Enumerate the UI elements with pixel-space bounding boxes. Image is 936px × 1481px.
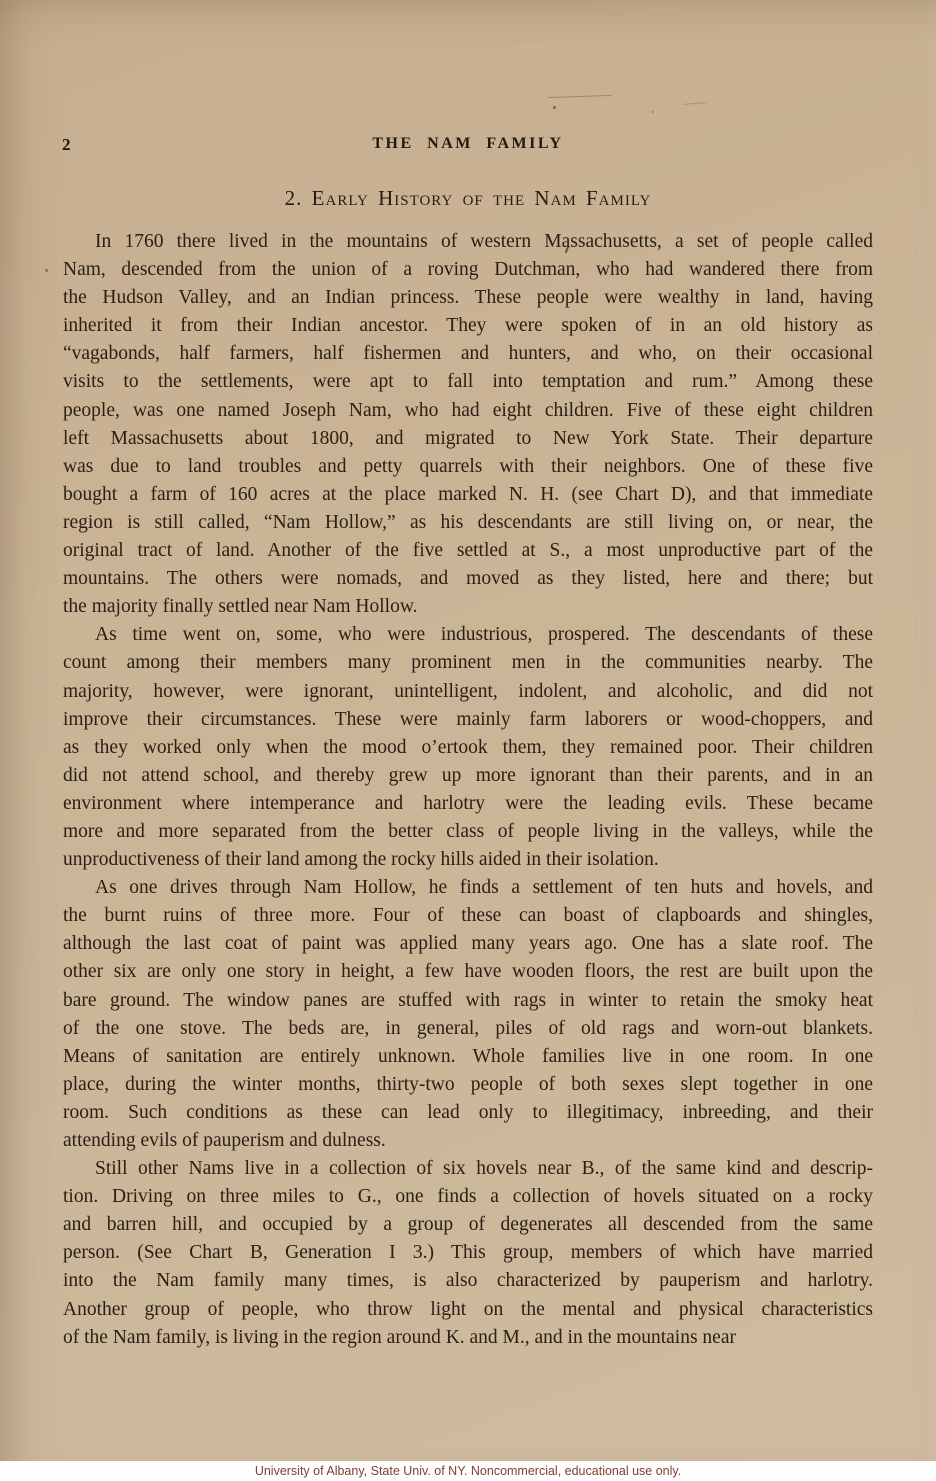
text-line: Another group of people, who throw light…	[63, 1296, 873, 1324]
text-line: the burnt ruins of three more. Four of t…	[63, 902, 873, 930]
text-line: bare ground. The window panes are stuffe…	[63, 987, 873, 1015]
text-line: Still other Nams live in a collection of…	[63, 1155, 873, 1183]
text-line: inherited it from their Indian ancestor.…	[63, 312, 873, 340]
paragraph: As one drives through Nam Hollow, he fin…	[63, 874, 873, 1155]
text-line: more and more separated from the better …	[63, 818, 873, 846]
text-line: of the one stove. The beds are, in gener…	[63, 1015, 873, 1043]
text-line: room. Such conditions as these can lead …	[63, 1099, 873, 1127]
text-line: although the last coat of paint was appl…	[63, 930, 873, 958]
text-line: majority, however, were ignorant, uninte…	[63, 678, 873, 706]
text-line: improve their circumstances. These were …	[63, 706, 873, 734]
ink-speck	[553, 106, 556, 109]
text-line: person. (See Chart B, Generation I 3.) T…	[63, 1239, 873, 1267]
section-heading: 2. Early History of the Nam Family	[0, 186, 936, 211]
text-line: other six are only one story in height, …	[63, 958, 873, 986]
footer-credit: University of Albany, State Univ. of NY.…	[255, 1464, 681, 1478]
text-line: As one drives through Nam Hollow, he fin…	[63, 874, 873, 902]
text-line: In 1760 there lived in the mountains of …	[63, 228, 873, 256]
text-line: “vagabonds, half farmers, half fishermen…	[63, 340, 873, 368]
text-line: the Hudson Valley, and an Indian princes…	[63, 284, 873, 312]
text-line: as they worked only when the mood o’erto…	[63, 734, 873, 762]
text-line: place, during the winter months, thirty-…	[63, 1071, 873, 1099]
text-line: mountains. The others were nomads, and m…	[63, 565, 873, 593]
text-line: into the Nam family many times, is also …	[63, 1267, 873, 1295]
text-line: left Massachusetts about 1800, and migra…	[63, 425, 873, 453]
text-line: of the Nam family, is living in the regi…	[63, 1324, 873, 1352]
body-text: In 1760 there lived in the mountains of …	[63, 228, 873, 1352]
text-line: did not attend school, and thereby grew …	[63, 762, 873, 790]
ink-speck	[652, 111, 654, 113]
text-line: and barren hill, and occupied by a group…	[63, 1211, 873, 1239]
footer-credit-bar: University of Albany, State Univ. of NY.…	[0, 1461, 936, 1481]
text-line: original tract of land. Another of the f…	[63, 537, 873, 565]
text-line: count among their members many prominent…	[63, 649, 873, 677]
running-title: THE NAM FAMILY	[0, 135, 936, 153]
text-line: As time went on, some, who were industri…	[63, 621, 873, 649]
text-line: environment where intemperance and harlo…	[63, 790, 873, 818]
text-line: Nam, descended from the union of a rovin…	[63, 256, 873, 284]
pencil-mark	[683, 102, 707, 105]
paragraph: Still other Nams live in a collection of…	[63, 1155, 873, 1352]
margin-speck	[45, 269, 48, 272]
text-line: region is still called, “Nam Hollow,” as…	[63, 509, 873, 537]
text-line: bought a farm of 160 acres at the place …	[63, 481, 873, 509]
text-line: the majority finally settled near Nam Ho…	[63, 593, 873, 621]
text-line: visits to the settlements, were apt to f…	[63, 368, 873, 396]
text-line: was due to land troubles and petty quarr…	[63, 453, 873, 481]
text-line: Means of sanitation are entirely unknown…	[63, 1043, 873, 1071]
paragraph: As time went on, some, who were industri…	[63, 621, 873, 874]
text-line: people, was one named Joseph Nam, who ha…	[63, 397, 873, 425]
text-line: tion. Driving on three miles to G., one …	[63, 1183, 873, 1211]
text-line: attending evils of pauperism and dulness…	[63, 1127, 873, 1155]
pencil-mark	[548, 95, 612, 98]
scanned-book-page: { "page": { "number": "2", "running_titl…	[0, 0, 936, 1481]
paragraph: In 1760 there lived in the mountains of …	[63, 228, 873, 621]
text-line: unproductiveness of their land among the…	[63, 846, 873, 874]
